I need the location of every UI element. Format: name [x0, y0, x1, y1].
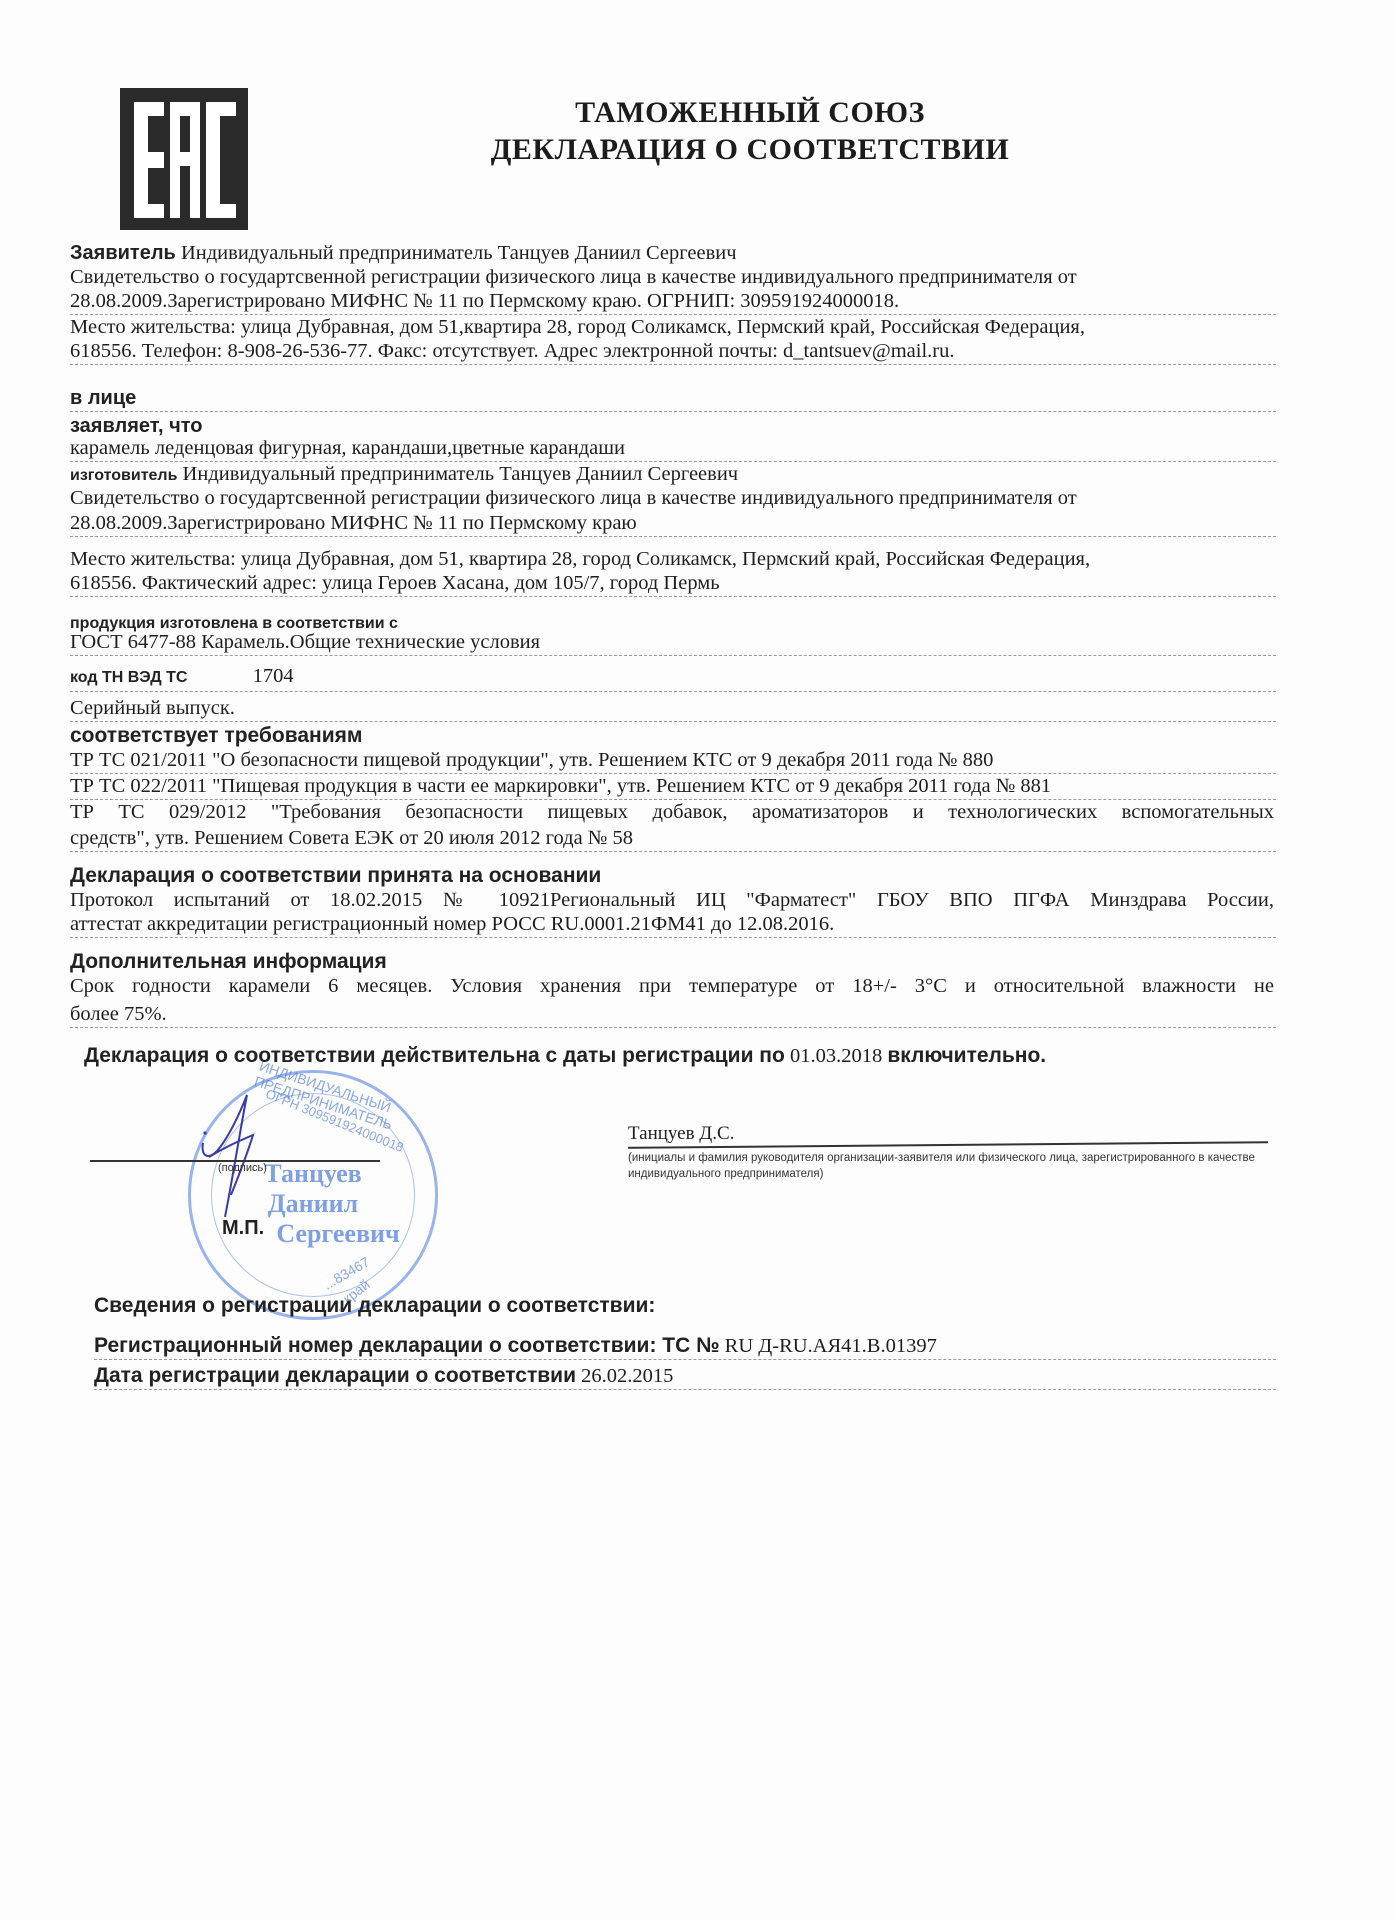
registration-number-label: Регистрационный номер декларации о соотв…	[94, 1334, 720, 1357]
applicant-line-5: 618556. Телефон: 8-908-26-536-77. Факс: …	[70, 339, 1276, 365]
manufacturer-line-4: Место жительства: улица Дубравная, дом 5…	[70, 547, 1276, 571]
applicant-line-2: Свидетельство о государтсвенной регистра…	[70, 265, 1276, 289]
validity-date: 01.03.2018	[790, 1045, 882, 1067]
signatory-caption-line-1: (инициалы и фамилия руководителя организ…	[628, 1150, 1288, 1166]
handwritten-signature-icon	[195, 1085, 305, 1225]
manufacturer-line-3: 28.08.2009.Зарегистрировано МИФНС № 11 п…	[70, 511, 1276, 537]
applicant-name: Индивидуальный предприниматель Танцуев Д…	[181, 242, 737, 264]
manufacturer-label: изготовитель	[70, 467, 177, 484]
requirement-item: ТР ТС 022/2011 "Пищевая продукция в част…	[70, 774, 1276, 800]
tnved-line: код ТН ВЭД ТС 1704	[70, 664, 1276, 692]
manufacturer-line-1: изготовитель Индивидуальный предпринимат…	[70, 462, 1276, 488]
product-line: карамель леденцовая фигурная, карандаши,…	[70, 436, 1276, 462]
registration-date-value: 26.02.2015	[581, 1365, 673, 1387]
release-type: Серийный выпуск.	[70, 696, 1276, 722]
produced-per-value: ГОСТ 6477-88 Карамель.Общие технические …	[70, 630, 1276, 656]
signatory-caption-line-2: индивидуального предпринимателя)	[628, 1166, 1288, 1182]
validity-suffix: включительно.	[887, 1044, 1046, 1067]
registration-heading: Сведения о регистрации декларации о соот…	[94, 1294, 655, 1317]
registration-heading-line: Сведения о регистрации декларации о соот…	[94, 1294, 1276, 1318]
registration-date-line: Дата регистрации декларации о соответств…	[94, 1364, 1276, 1390]
additional-line-1: Срок годности карамели 6 месяцев. Услови…	[70, 974, 1274, 998]
represented-by-label: в лице	[70, 387, 136, 409]
validity-prefix: Декларация о соответствии действительна …	[84, 1044, 785, 1067]
eac-logo-icon	[120, 88, 248, 230]
manufacturer-name: Индивидуальный предприниматель Танцуев Д…	[183, 463, 739, 485]
additional-line-2: более 75%.	[70, 1002, 1276, 1028]
applicant-line-4: Место жительства: улица Дубравная, дом 5…	[70, 315, 1276, 339]
requirements-label-line: соответствует требованиям	[70, 724, 1276, 748]
registration-date-label: Дата регистрации декларации о соответств…	[94, 1364, 576, 1387]
registration-number-value: RU Д-RU.АЯ41.В.01397	[725, 1335, 937, 1357]
basis-line-2: аттестат аккредитации регистрационный но…	[70, 912, 1276, 938]
declares-label: заявляет, что	[70, 415, 203, 437]
tnved-label: код ТН ВЭД ТС	[70, 669, 187, 686]
basis-label: Декларация о соответствии принята на осн…	[70, 864, 601, 887]
basis-label-line: Декларация о соответствии принята на осн…	[70, 864, 1276, 888]
requirement-item-cont: средств", утв. Решением Совета ЕЭК от 20…	[70, 826, 1276, 852]
applicant-line-1: Заявитель Индивидуальный предприниматель…	[70, 241, 1276, 265]
tnved-value: 1704	[253, 664, 294, 688]
requirements-label: соответствует требованиям	[70, 724, 362, 747]
registration-number-line: Регистрационный номер декларации о соотв…	[94, 1334, 1276, 1360]
manufacturer-line-5: 618556. Фактический адрес: улица Героев …	[70, 571, 1276, 597]
applicant-label: Заявитель	[70, 242, 176, 264]
doc-title-customs-union: ТАМОЖЕННЫЙ СОЮЗ	[300, 96, 1200, 130]
doc-title-declaration: ДЕКЛАРАЦИЯ О СООТВЕТСТВИИ	[300, 133, 1200, 167]
requirement-item: ТР ТС 021/2011 "О безопасности пищевой п…	[70, 748, 1276, 774]
represented-by-line: в лице	[70, 386, 1276, 412]
basis-line-1: Протокол испытаний от 18.02.2015 № 10921…	[70, 888, 1274, 912]
requirement-item: ТР ТС 029/2012 "Требования безопасности …	[70, 800, 1274, 824]
signatory-name: Танцуев Д.С.	[628, 1122, 734, 1146]
seal-place-label: М.П.	[222, 1217, 264, 1240]
additional-label-line: Дополнительная информация	[70, 950, 1276, 974]
applicant-line-3: 28.08.2009.Зарегистрировано МИФНС № 11 п…	[70, 289, 1276, 315]
signatory-caption: (инициалы и фамилия руководителя организ…	[628, 1150, 1288, 1182]
additional-label: Дополнительная информация	[70, 950, 387, 973]
declares-line: заявляет, что	[70, 414, 1276, 438]
signature-caption: (подпись)	[218, 1162, 267, 1174]
manufacturer-line-2: Свидетельство о государтсвенной регистра…	[70, 486, 1276, 510]
declaration-page: ТАМОЖЕННЫЙ СОЮЗ ДЕКЛАРАЦИЯ О СООТВЕТСТВИ…	[0, 0, 1396, 1920]
